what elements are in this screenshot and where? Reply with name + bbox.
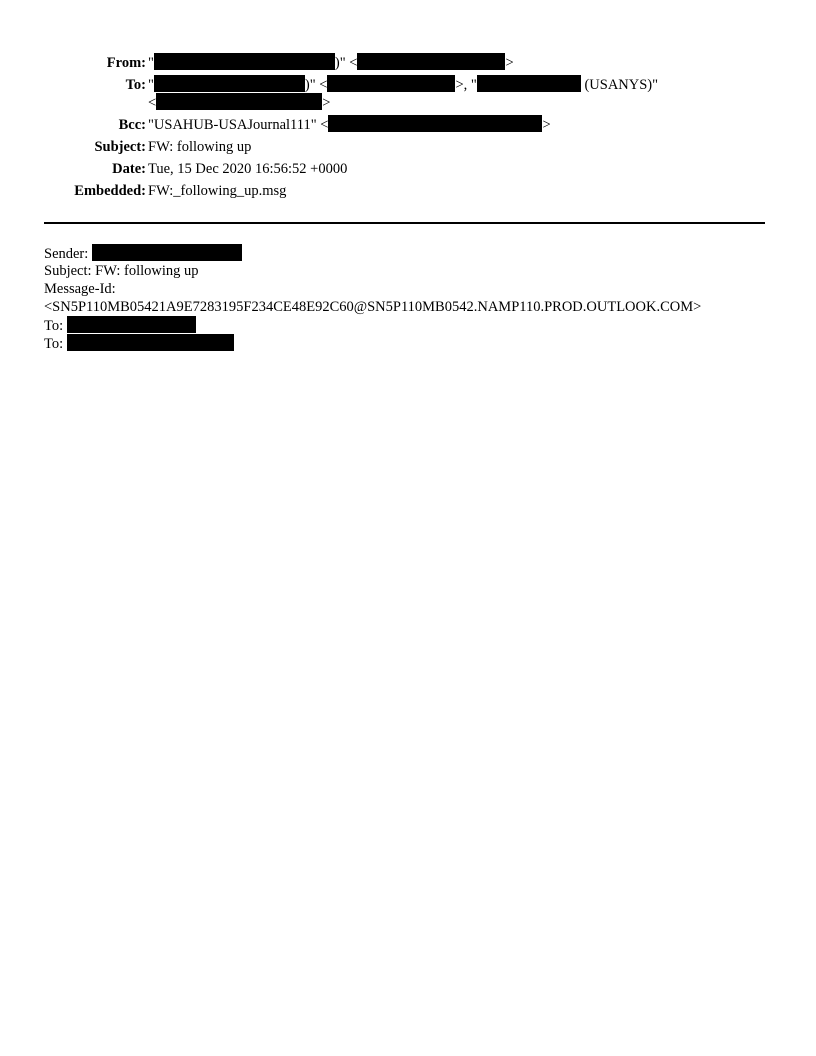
redaction-block <box>92 244 242 261</box>
message-id-label: Message-Id: <box>44 280 701 298</box>
redaction-block <box>67 316 196 333</box>
redaction-block <box>67 334 234 351</box>
redaction-block <box>156 93 322 110</box>
bcc-label: Bcc: <box>119 115 146 135</box>
date-value: Tue, 15 Dec 2020 16:56:52 +0000 <box>148 159 347 179</box>
redaction-block <box>477 75 581 92</box>
email-body: Sender: Subject: FW: following up Messag… <box>44 244 701 352</box>
date-label: Date: <box>112 159 146 179</box>
embedded-attachment-link[interactable]: FW:_following_up.msg <box>148 181 286 201</box>
subject-value: FW: following up <box>148 137 251 157</box>
redaction-block <box>154 75 305 92</box>
subject-line: Subject: FW: following up <box>44 262 701 280</box>
to-label: To: <box>126 75 146 95</box>
subject-label: Subject: <box>94 137 146 157</box>
embedded-label: Embedded: <box>74 181 146 201</box>
message-id-value: <SN5P110MB05421A9E7283195F234CE48E92C60@… <box>44 298 701 316</box>
redaction-block <box>328 115 542 132</box>
sender-line: Sender: <box>44 244 701 262</box>
divider <box>44 222 765 224</box>
redaction-block <box>357 53 505 70</box>
to-line: To: <box>44 316 701 334</box>
redaction-block <box>154 53 335 70</box>
to-line: To: <box>44 334 701 352</box>
redaction-block <box>327 75 455 92</box>
from-label: From: <box>107 53 146 73</box>
